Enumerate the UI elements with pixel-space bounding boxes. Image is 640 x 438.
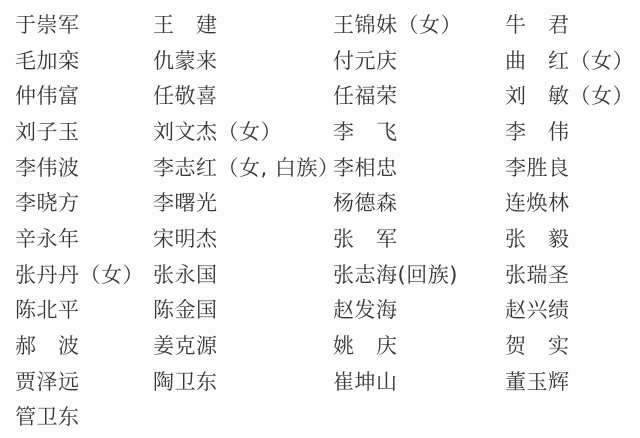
name-cell: 刘 敏（女） xyxy=(505,77,640,113)
name-cell: 李晓方 xyxy=(15,184,153,220)
name-cell: 张丹丹（女） xyxy=(15,256,153,292)
name-cell: 任福荣 xyxy=(333,77,505,113)
name-cell: 张永国 xyxy=(153,256,333,292)
name-cell: 李曙光 xyxy=(153,184,333,220)
name-list: 于崇军王 建王锦妹（女）牛 君毛加栾仇蒙来付元庆曲 红（女）仲伟富任敬喜任福荣刘… xyxy=(0,0,640,434)
name-cell: 管卫东 xyxy=(15,399,153,435)
name-cell: 董玉辉 xyxy=(505,363,640,399)
name-cell: 姚 庆 xyxy=(333,327,505,363)
name-cell: 崔坤山 xyxy=(333,363,505,399)
name-cell: 张瑞圣 xyxy=(505,256,640,292)
name-cell: 辛永年 xyxy=(15,220,153,256)
name-cell: 任敬喜 xyxy=(153,77,333,113)
name-cell xyxy=(153,399,333,435)
name-cell: 陈金国 xyxy=(153,292,333,328)
name-cell: 刘文杰（女） xyxy=(153,113,333,149)
document-page: 于崇军王 建王锦妹（女）牛 君毛加栾仇蒙来付元庆曲 红（女）仲伟富任敬喜任福荣刘… xyxy=(0,0,640,438)
name-cell: 李相忠 xyxy=(333,149,505,185)
name-cell: 赵发海 xyxy=(333,292,505,328)
name-cell: 刘子玉 xyxy=(15,113,153,149)
name-cell: 郝 波 xyxy=(15,327,153,363)
name-cell: 王 建 xyxy=(153,6,333,42)
name-cell xyxy=(505,399,640,435)
name-cell: 姜克源 xyxy=(153,327,333,363)
name-cell: 于崇军 xyxy=(15,6,153,42)
name-cell: 陶卫东 xyxy=(153,363,333,399)
name-cell: 仇蒙来 xyxy=(153,42,333,78)
name-cell: 陈北平 xyxy=(15,292,153,328)
name-cell: 宋明杰 xyxy=(153,220,333,256)
name-cell: 张志海(回族) xyxy=(333,256,505,292)
name-cell: 李 飞 xyxy=(333,113,505,149)
name-cell: 贺 实 xyxy=(505,327,640,363)
name-cell: 李伟波 xyxy=(15,149,153,185)
name-cell: 付元庆 xyxy=(333,42,505,78)
name-cell: 赵兴绩 xyxy=(505,292,640,328)
name-cell: 曲 红（女） xyxy=(505,42,640,78)
name-cell: 李志红（女, 白族） xyxy=(153,149,333,185)
name-cell: 贾泽远 xyxy=(15,363,153,399)
name-cell: 杨德森 xyxy=(333,184,505,220)
name-cell: 张 毅 xyxy=(505,220,640,256)
name-cell: 连焕林 xyxy=(505,184,640,220)
name-cell: 仲伟富 xyxy=(15,77,153,113)
name-cell: 李 伟 xyxy=(505,113,640,149)
name-cell: 张 军 xyxy=(333,220,505,256)
name-cell: 毛加栾 xyxy=(15,42,153,78)
name-cell: 牛 君 xyxy=(505,6,640,42)
name-cell: 王锦妹（女） xyxy=(333,6,505,42)
name-cell: 李胜良 xyxy=(505,149,640,185)
name-cell xyxy=(333,399,505,435)
